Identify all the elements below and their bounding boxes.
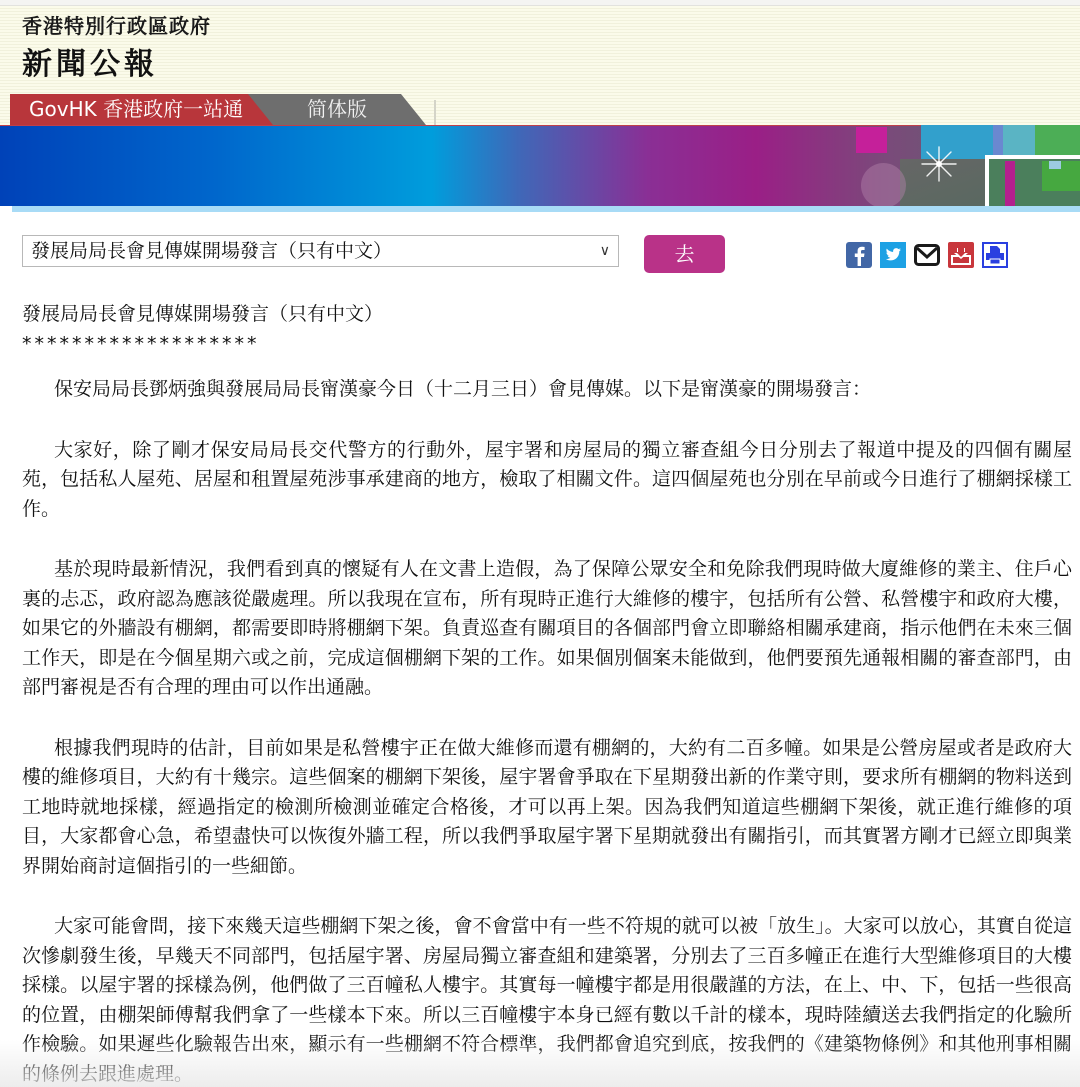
tab-govhk[interactable]: GovHK 香港政府一站通 bbox=[10, 94, 280, 125]
press-release-nav: 發展局局長會見傳媒開場發言（只有中文） ∨ 去 bbox=[0, 232, 1080, 272]
facebook-icon[interactable] bbox=[846, 242, 872, 268]
print-icon[interactable] bbox=[982, 242, 1008, 268]
banner-graphic-teal bbox=[1003, 125, 1035, 159]
email-icon[interactable] bbox=[914, 242, 940, 268]
banner-graphic-green bbox=[1035, 125, 1080, 159]
press-releases-title: 新聞公報 bbox=[22, 39, 158, 83]
title-separator-stars: ******************* bbox=[22, 330, 1072, 360]
banner-graphic-frame bbox=[985, 155, 1080, 206]
article-paragraph: 根據我們現時的估計，目前如果是私營樓宇正在做大維修而還有棚網的，大約有二百多幢。… bbox=[22, 734, 1072, 882]
twitter-icon[interactable] bbox=[880, 242, 906, 268]
go-button[interactable]: 去 bbox=[644, 235, 725, 273]
banner-graphic-circle bbox=[861, 163, 906, 208]
chevron-down-icon: ∨ bbox=[600, 236, 610, 266]
header-banner bbox=[0, 125, 1080, 206]
masthead: 香港特別行政區政府 新聞公報 GovHK 香港政府一站通 简体版 bbox=[0, 6, 1080, 125]
download-icon[interactable] bbox=[948, 242, 974, 268]
press-release-select[interactable]: 發展局局長會見傳媒開場發言（只有中文） ∨ bbox=[22, 235, 619, 267]
banner-frame-magenta bbox=[1005, 161, 1015, 210]
press-release-body: 發展局局長會見傳媒開場發言（只有中文） ******************* … bbox=[22, 300, 1072, 1087]
banner-top-line bbox=[0, 125, 1080, 126]
banner-frame-green bbox=[1042, 161, 1080, 191]
banner-graphic-blue bbox=[993, 125, 1003, 159]
article-paragraph: 大家可能會問，接下來幾天這些棚網下架之後，會不會當中有一些不符規的就可以被「放生… bbox=[22, 912, 1072, 1087]
article-paragraph: 保安局局長鄧炳強與發展局局長甯漢豪今日（十二月三日）會見傳媒。以下是甯漢豪的開場… bbox=[22, 375, 1072, 405]
government-name: 香港特別行政區政府 bbox=[22, 10, 211, 39]
select-value: 發展局局長會見傳媒開場發言（只有中文） bbox=[31, 240, 392, 262]
banner-underline bbox=[12, 206, 1080, 212]
sparkle-icon bbox=[920, 145, 958, 183]
banner-frame-light bbox=[1049, 161, 1061, 169]
share-toolbar bbox=[846, 242, 1008, 268]
article-paragraph: 基於現時最新情況，我們看到真的懷疑有人在文書上造假，為了保障公眾安全和免除我們現… bbox=[22, 555, 1072, 703]
banner-graphic-pink bbox=[856, 127, 887, 153]
tab-simplified-chinese[interactable]: 简体版 bbox=[248, 94, 426, 125]
article-paragraph: 大家好，除了剛才保安局局長交代警方的行動外，屋宇署和房屋局的獨立審查組今日分別去… bbox=[22, 436, 1072, 525]
article-title: 發展局局長會見傳媒開場發言（只有中文） bbox=[22, 300, 1072, 330]
